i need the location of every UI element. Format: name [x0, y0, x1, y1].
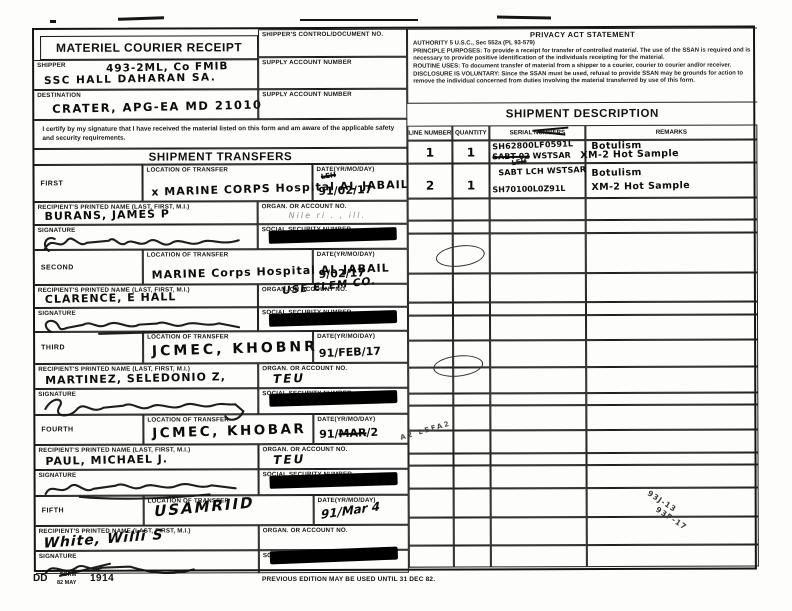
empty-cell: [586, 232, 758, 273]
empty-cell: [490, 430, 586, 453]
ssn-redaction-bar: [269, 310, 397, 327]
privacy-routine-uses: ROUTINE USES: To document transfer of ma…: [413, 62, 752, 70]
empty-description-row: [409, 464, 759, 488]
date-label: DATE(YR/MO/DAY): [317, 416, 375, 423]
empty-cell: [491, 517, 587, 545]
shipment-description-header: SHIPMENT DESCRIPTION: [407, 102, 757, 125]
certification-text: I certify by my signature that I have re…: [34, 120, 406, 144]
empty-cell: [490, 453, 586, 465]
shipment-transfers-header: SHIPMENT TRANSFERS: [34, 148, 407, 165]
empty-cell: [490, 393, 586, 405]
empty-description-row: [408, 272, 758, 302]
destination-value: CRATER, APG-EA MD 21010: [52, 98, 262, 116]
serial-number-value: SH70100L0Z91L: [492, 184, 565, 195]
empty-cell: [586, 452, 758, 465]
empty-cell: [491, 465, 587, 488]
recipient-value: BURANS, JAMES P: [44, 207, 170, 223]
empty-description-row: [408, 219, 758, 233]
scanned-document-page: MATERIEL COURIER RECEIPT SHIPPER'S CONTR…: [0, 0, 792, 611]
empty-cell: [453, 198, 490, 220]
empty-cell: [454, 517, 491, 545]
empty-cell: [491, 488, 587, 517]
empty-cell: [490, 198, 586, 220]
transfer-block-second: SECOND LOCATION OF TRANSFER MARINE Corps…: [35, 249, 408, 332]
date-value: 91/FEB/17: [319, 345, 382, 360]
shipper-value-line2: SSC HALL DAHARAN SA.: [44, 71, 216, 87]
empty-cell: [453, 405, 490, 430]
transfer-ordinal: THIRD: [41, 344, 65, 351]
privacy-act-title: PRIVACY ACT STATEMENT: [408, 29, 757, 39]
empty-cell: [408, 454, 453, 466]
empty-cell: [453, 273, 490, 302]
empty-cell: [490, 273, 586, 302]
empty-cell: [586, 366, 758, 393]
shipment-description-column-headers: LINE NUMBER QUANTITY SERIAL NUMBERS REMA…: [407, 124, 757, 140]
recipient-value: CLARENCE, E HALL: [45, 290, 177, 306]
empty-cell: [586, 392, 758, 405]
transfer-ordinal: SECOND: [41, 264, 74, 271]
scan-artifact: [300, 19, 418, 21]
shipper-label: SHIPPER: [37, 62, 66, 69]
empty-cell: [586, 429, 758, 453]
empty-cell: [586, 301, 758, 315]
remarks-line1: Botulism: [591, 167, 642, 179]
empty-description-row: [409, 487, 759, 517]
privacy-act-statement: PRIVACY ACT STATEMENT AUTHORITY 5 U.S.C.…: [407, 27, 757, 103]
date-value: 91/02/17: [318, 183, 372, 198]
location-label: LOCATION OF TRANSFER: [147, 251, 229, 258]
location-label: LOCATION OF TRANSFER: [146, 166, 228, 173]
empty-cell: [490, 302, 586, 315]
empty-cell: [409, 546, 454, 568]
recipient-value: MARTINEZ, SELEDONIO Z,: [45, 370, 226, 387]
col-remarks: REMARKS: [585, 124, 757, 140]
ssn-redaction-bar: [270, 546, 398, 564]
empty-description-row: [409, 544, 759, 567]
date-label: DATE(YR/MO/DAY): [317, 333, 375, 340]
empty-cell: [490, 315, 586, 340]
empty-cell: [586, 219, 758, 233]
line-number-value: 2: [409, 179, 452, 193]
empty-cell: [408, 303, 453, 316]
form-id-word: FORM: [60, 572, 76, 578]
empty-cell: [586, 272, 758, 302]
ssn-redaction-bar: [269, 390, 397, 407]
description-row-2: 2 1 SABT LCH WSTSAR SH70100L0Z91L Botuli…: [407, 162, 757, 198]
empty-cell: [408, 199, 453, 221]
description-row-1: 1 1 SH62800LF0591L SABT 02 WSTSAR Botuli…: [407, 139, 757, 163]
empty-cell: [454, 488, 491, 517]
destination-field: DESTINATION CRATER, APG-EA MD 21010: [34, 89, 258, 120]
empty-cell: [409, 466, 454, 489]
empty-cell: [453, 393, 490, 405]
shipper-control-label: SHIPPER'S CONTROL/DOCUMENT NO.: [262, 31, 383, 38]
privacy-authority: AUTHORITY 5 U.S.C., Sec 552a (PL 93-579): [413, 39, 752, 47]
col-quantity: QUANTITY: [452, 125, 489, 140]
privacy-principle-purposes: PRINCIPLE PURPOSES: To provide a receipt…: [413, 47, 752, 62]
empty-description-row: [409, 516, 759, 545]
recipient-value: PAUL, MICHAEL J.: [45, 452, 168, 468]
location-value: JCMEC, KHOBNR: [152, 339, 318, 360]
empty-description-row: [408, 429, 758, 453]
empty-cell: [587, 464, 759, 488]
location-label: LOCATION OF TRANSFER: [147, 333, 229, 340]
supply-account-label: SUPPLY ACCOUNT NUMBER: [262, 91, 352, 98]
empty-cell: [490, 405, 586, 430]
transfer-ordinal: FOURTH: [41, 426, 73, 433]
empty-cell: [490, 233, 586, 273]
empty-cell: [586, 197, 758, 220]
destination-label: DESTINATION: [37, 92, 81, 99]
supply-account-number-field-2: SUPPLY ACCOUNT NUMBER: [258, 89, 407, 120]
empty-cell: [490, 220, 586, 233]
organ-value: TEU: [273, 452, 306, 467]
supply-account-number-field-1: SUPPLY ACCOUNT NUMBER: [258, 57, 407, 90]
shipper-control-document-no-field: SHIPPER'S CONTROL/DOCUMENT NO.: [258, 29, 407, 58]
supply-account-label: SUPPLY ACCOUNT NUMBER: [262, 59, 352, 66]
transfer-block-first: FIRST LOCATION OF TRANSFER x MARINE CORP…: [34, 164, 407, 250]
empty-cell: [491, 545, 587, 567]
empty-description-row: [408, 404, 758, 430]
empty-cell: [586, 339, 758, 367]
form-title: MATERIEL COURIER RECEIPT: [40, 35, 258, 60]
empty-cell: [408, 221, 453, 234]
empty-description-row: [408, 301, 758, 315]
empty-cell: [453, 302, 490, 315]
empty-cell: [586, 404, 758, 430]
col-line-number: LINE NUMBER: [407, 126, 452, 141]
ssn-redaction-bar: [269, 227, 397, 244]
empty-cell: [409, 518, 454, 546]
empty-cell: [409, 489, 454, 518]
location-label: LOCATION OF TRANSFER: [147, 416, 229, 423]
materiel-courier-receipt-form: MATERIEL COURIER RECEIPT SHIPPER'S CONTR…: [32, 25, 757, 572]
empty-cell: [453, 453, 490, 465]
transfer-ordinal: FIRST: [41, 180, 64, 187]
empty-cell: [408, 316, 453, 341]
date-label: DATE(YR/MO/DAY): [317, 251, 375, 258]
line-number-value: 1: [408, 146, 451, 160]
empty-cell: [454, 545, 491, 567]
empty-description-row: [408, 197, 758, 220]
date-value: 91/MAR/2: [319, 426, 378, 441]
date-correction-note: LEH: [320, 171, 336, 181]
quantity-value: 1: [453, 145, 488, 159]
scan-artifact: [50, 20, 56, 23]
empty-cell: [453, 430, 490, 453]
scan-artifact: [497, 16, 551, 20]
ssn-redaction-bar: [269, 472, 397, 489]
form-number: 1914: [90, 573, 114, 584]
scan-artifact: [118, 16, 164, 21]
empty-cell: [490, 367, 586, 393]
transfer-ordinal: FIFTH: [42, 507, 64, 514]
transfer-block-fifth: FIFTH LOCATION OF TRANSFER USAMRIID DATE…: [36, 495, 409, 574]
previous-edition-note: PREVIOUS EDITION MAY BE USED UNTIL 31 DE…: [262, 576, 435, 583]
empty-cell: [453, 315, 490, 340]
empty-cell: [454, 465, 491, 488]
remarks-line2: XM-2 Hot Sample: [580, 148, 679, 161]
empty-cell: [408, 394, 453, 406]
empty-cell: [586, 314, 758, 340]
certification-statement: I certify by my signature that I have re…: [34, 119, 407, 149]
organ-label: ORGAN. OR ACCOUNT NO.: [262, 203, 347, 210]
organ-value: TEU: [273, 371, 306, 386]
serial-number-value: SH62800LF0591L: [492, 139, 573, 151]
shipper-field: SHIPPER 493-2ML, Co FMIB SSC HALL DAHARA…: [34, 59, 258, 90]
organ-label: ORGAN. OR ACCOUNT NO.: [263, 527, 348, 534]
privacy-disclosure: DISCLOSURE IS VOLUNTARY: Since the SSAN …: [413, 70, 752, 85]
transfer-block-third: THIRD LOCATION OF TRANSFER JCMEC, KHOBNR…: [35, 331, 408, 415]
empty-description-row: [408, 314, 758, 340]
transfer-block-fourth: FOURTH LOCATION OF TRANSFER JCMEC, KHOBA…: [35, 414, 408, 496]
serial-number-note: SABT 02 WSTSAR: [492, 151, 571, 162]
remarks-line2: XM-2 Hot Sample: [591, 180, 690, 193]
empty-cell: [408, 274, 453, 303]
empty-cell: [587, 544, 759, 567]
quantity-value: 1: [454, 178, 489, 192]
location-value: JCMEC, KHOBAR: [152, 421, 307, 442]
form-edition: 82 MAY: [57, 580, 76, 586]
empty-cell: [453, 220, 490, 233]
shipment-description-rows: 1 1 SH62800LF0591L SABT 02 WSTSAR Botuli…: [407, 139, 758, 567]
empty-cell: [490, 340, 586, 367]
form-id-dd: DD: [33, 573, 47, 584]
